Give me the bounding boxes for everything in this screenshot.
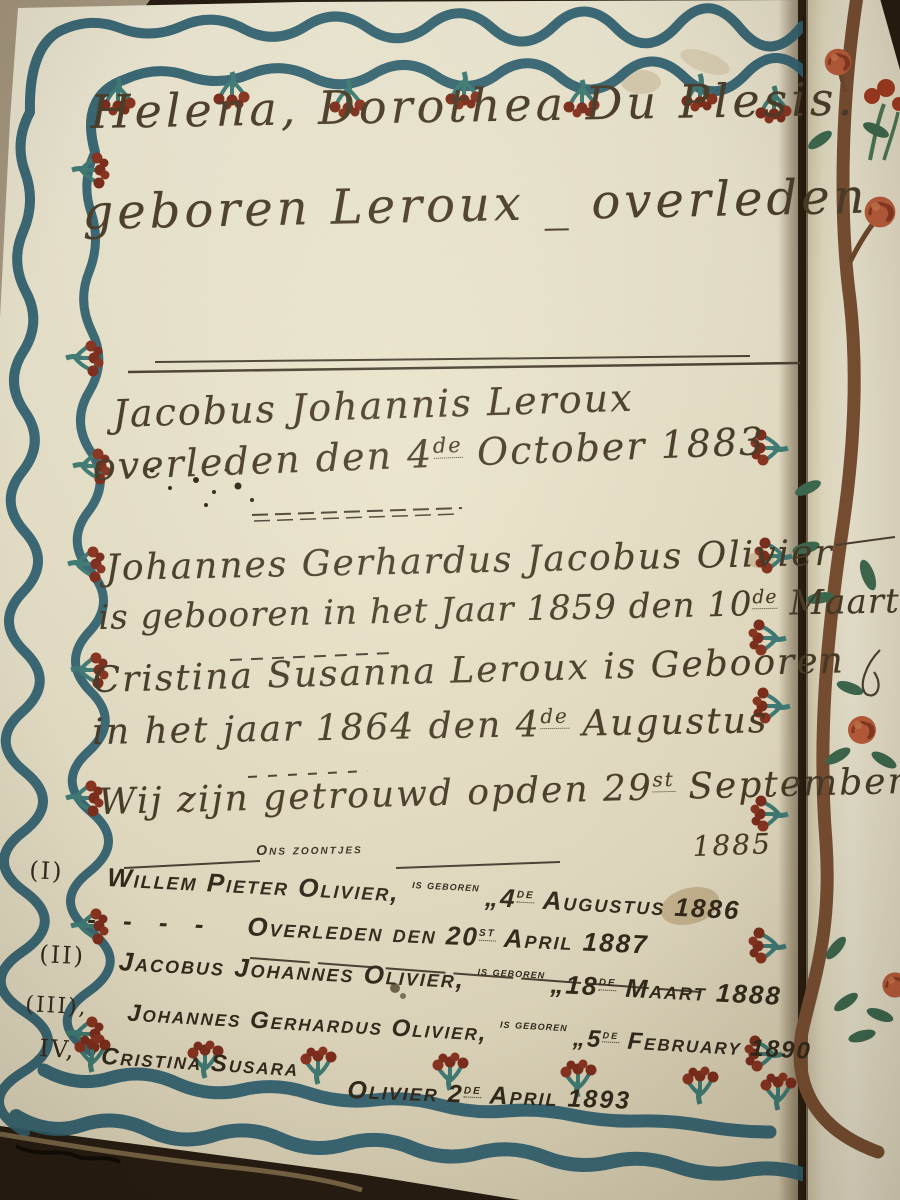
child-4-date-rest: April 1893 — [481, 1081, 632, 1115]
children-caption: Ons zoontjes — [256, 840, 363, 858]
child-3-note: is geboren — [500, 1016, 568, 1035]
ordinal-suffix: de — [464, 1081, 483, 1098]
ordinal-suffix: de — [432, 433, 463, 459]
child-4-date: Olivier 2 — [347, 1076, 464, 1108]
child-2-note: is geboren — [477, 963, 545, 982]
ordinal-suffix: de — [752, 586, 777, 609]
mother-birth-rest: Augustus — [569, 700, 769, 744]
ordinal-suffix: st — [652, 768, 675, 793]
border-top-outer — [58, 8, 802, 46]
father-birth-rest: Maart — [777, 581, 900, 624]
lead-dashes: - - - - — [87, 904, 215, 940]
child-2-date: „18 — [550, 969, 599, 1001]
child-1-date: „4 — [484, 882, 517, 914]
child-3-numeral: (III), — [25, 992, 89, 1020]
child-2-numeral: (II) — [39, 940, 86, 970]
child-1-death-rest: April 1887 — [495, 923, 649, 960]
marriage-year: 1885 — [692, 827, 772, 863]
ordinal-suffix: de — [516, 886, 535, 904]
marriage-rest: September — [674, 761, 900, 808]
child-3-date: „5 — [572, 1025, 603, 1054]
child-4-numeral: IV, — [38, 1034, 76, 1064]
child-1-note: is geboren — [412, 876, 480, 895]
child-1-numeral: (I) — [29, 856, 65, 886]
manuscript-photograph: Helena, Dorothea Du Plesis. geboren Lero… — [0, 0, 900, 1200]
ordinal-suffix: de — [540, 705, 569, 729]
ordinal-suffix: de — [602, 1026, 619, 1043]
ordinal-suffix: de — [598, 974, 617, 992]
pen-scribble — [863, 650, 880, 695]
ordinal-suffix: st — [479, 924, 497, 942]
mother-birth-text: in het jaar 1864 den 4 — [92, 704, 541, 753]
